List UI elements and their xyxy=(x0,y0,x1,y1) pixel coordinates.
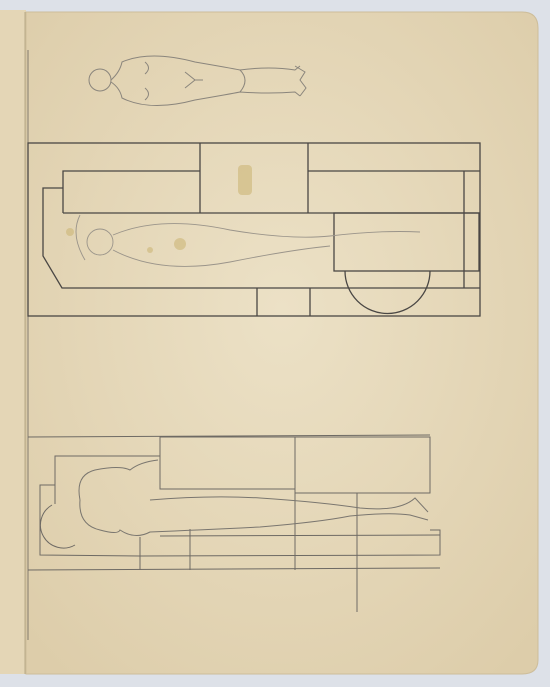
sketch-drawing xyxy=(0,0,550,687)
sketchbook-scan xyxy=(0,0,550,687)
left-page-edge xyxy=(0,10,26,674)
sketchbook-page xyxy=(26,12,538,674)
